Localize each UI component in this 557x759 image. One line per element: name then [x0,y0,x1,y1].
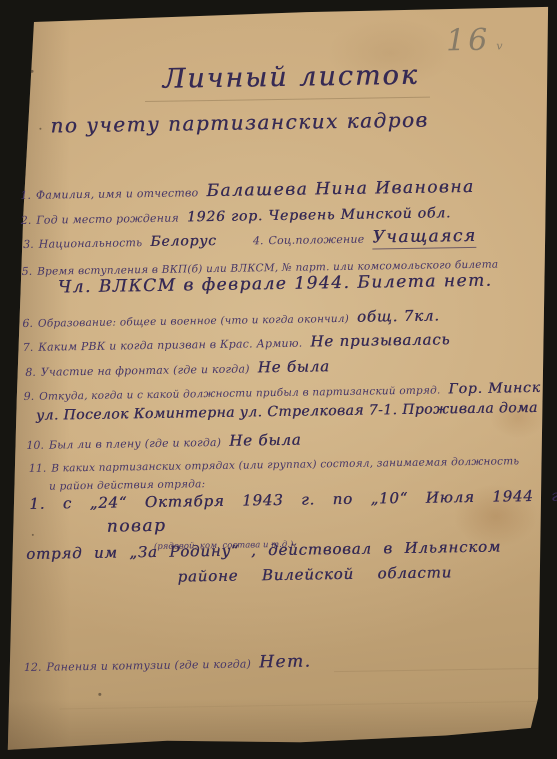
record-unit: отряд им „За Родину“ , действовал в Илья… [26,538,501,563]
field-label: Ранения и контузии (где и когда) [46,657,251,673]
field-number: 2. [21,214,32,227]
field-row-2: 2.Год и место рождения1926 гор. Червень … [21,202,452,228]
ink-speck [98,693,101,696]
field-row-6: 6.Образование: общее и военное (что и ко… [22,305,440,331]
field-answer: Не была [229,431,301,450]
field-answer: Не призывалась [310,330,450,350]
ink-speck [31,70,34,73]
field-answer: Нет. [259,652,312,673]
field-number: 5. [22,265,33,278]
page-number: 16v [446,22,503,58]
field-row-11: 11.В каких партизанских отрядах (или гру… [29,449,520,476]
document-title: Личный листок [162,60,419,95]
field-row-7: 7.Каким РВК и когда призван в Крас. Арми… [23,329,451,355]
field-row-1: 1.Фамилия, имя и отчествоБалашева Нина И… [20,177,474,204]
field-row-8: 8.Участие на фронтах (где и когда)Не был… [25,356,330,380]
field-row-11-continued: и район действия отряда: [49,472,206,493]
field-label-continued: и район действия отряда: [49,478,205,492]
field-number: 11. [29,462,47,475]
field-number: 10. [26,439,44,452]
document-photo: 16v Личный листок по учету партизанских … [0,0,557,759]
field-answer: Учащаяся [372,226,477,250]
page-number-pencil: 16 [446,23,491,59]
field-label: Участие на фронтах (где и когда) [41,362,250,378]
service-record-unit-continued: районе Вилейской области [177,562,452,585]
field-label: Был ли в плену (где и когда) [49,436,222,452]
field-number: 3. [23,238,34,251]
field-number: 6. [22,317,33,330]
field-label: Год и место рождения [36,212,179,227]
field-row-10: 10.Был ли в плену (где и когда)Не была [26,430,301,453]
document-content: 16v Личный листок по учету партизанских … [0,0,557,759]
field-number: 8. [25,366,36,379]
field-number: 12. [24,661,42,674]
field-label: В каких партизанских отрядах (или группа… [51,455,519,474]
record-unit-continued: районе Вилейской области [177,563,452,585]
field-answer: общ. 7кл. [357,306,440,325]
field-number: 7. [23,341,34,354]
field-number: 1. [20,189,31,202]
ink-speck [39,128,41,130]
document-subtitle: по учету партизанских кадров [50,108,429,138]
field-answer: Балашева Нина Ивановна [206,177,474,201]
field-answer: 1926 гор. Червень Минской обл. [187,205,451,225]
field-label: Образование: общее и военное (что и когд… [38,313,349,330]
field-label: Каким РВК и когда призван в Крас. Армию. [38,337,302,354]
field-row-3-4: 3.НациональностьБелорус 4.Соц.положениеУ… [23,226,477,253]
field-answer: Гор. Минск [448,380,541,397]
ruled-line-title [145,97,430,102]
pencil-tick-mark: v [496,39,502,52]
ink-speck [32,534,34,536]
field-label: Соц.положение [268,233,364,248]
service-record-unit: отряд им „За Родину“ , действовал в Илья… [26,537,501,563]
field-row-12: 12.Ранения и контузии (где и когда)Нет. [24,652,312,677]
ruled-line-12 [334,668,539,672]
field-answer: Белорус [150,233,217,250]
field-label: Национальность [39,236,143,251]
field-answer: Не была [258,357,330,376]
field-label: Фамилия, имя и отчество [36,186,199,202]
field-number: 4. [253,234,264,247]
field-number: 9. [24,390,35,403]
field-answer-continued: ул. Поселок Коминтерна ул. Стрелковая 7-… [36,400,538,424]
ruled-line-bottom [60,701,540,710]
